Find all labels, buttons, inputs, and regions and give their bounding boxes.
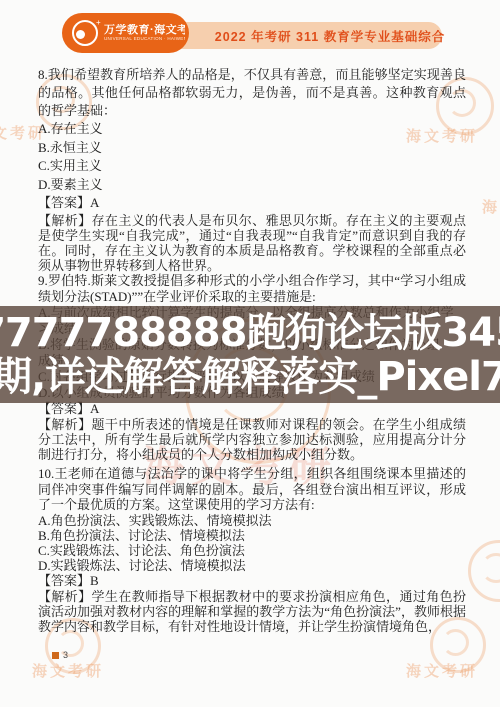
- globe-logo-icon: [72, 20, 98, 46]
- answer-line: 【答案】B: [38, 573, 466, 588]
- brand-subtitle: UNIVERSAL EDUCATION · HAIWEN TEST PREP: [104, 37, 185, 42]
- answer-line: 【答案】A: [38, 401, 466, 417]
- option-a: A.存在主义: [38, 120, 466, 139]
- page-number: 3: [63, 650, 68, 660]
- haiwen-watermark-text: 海文考研: [32, 660, 104, 681]
- brand-name: 万学教育·海文考研: [104, 24, 185, 36]
- question-stem: 10.王老师在道德与法治学的课中将学生分组，组织各组围绕课本里描述的同伴冲突事件…: [38, 466, 466, 513]
- brand-logo-pill: + 万学教育·海文考研 UNIVERSAL EDUCATION · HAIWEN…: [62, 13, 189, 53]
- question-block-8: 8.我们希望教育所培养人的品格是，不仅具有善意，而且能够坚定实现善良的品格。其他…: [38, 66, 466, 273]
- haiwen-watermark-text: 海文考研: [482, 196, 500, 217]
- watermark-banner: 7777788888跑狗论坛版345 期,详述解答解释落实_Pixel7: [0, 306, 500, 403]
- option-d: D.实践锻炼法、讨论法、情境模拟法: [38, 558, 466, 573]
- watermark-banner-line1: 7777788888跑狗论坛版345: [0, 311, 500, 355]
- option-b: B.永恒主义: [38, 139, 466, 158]
- question-block-10: 10.王老师在道德与法治学的课中将学生分组，组织各组围绕课本里描述的同伴冲突事件…: [38, 466, 466, 634]
- brand-text-block: 万学教育·海文考研 UNIVERSAL EDUCATION · HAIWEN T…: [104, 24, 185, 41]
- analysis-text: 【解析】存在主义的代表人是布贝尔、雅思贝尔斯。存在主义的主要观点是使学生实现“自…: [38, 213, 466, 274]
- exam-title: 2022 年考研 311 教育学专业基础综合: [177, 27, 445, 45]
- option-c: C.实践锻炼法、讨论法、角色扮演法: [38, 543, 466, 558]
- question-stem: 8.我们希望教育所培养人的品格是，不仅具有善意，而且能够坚定实现善良的品格。其他…: [38, 66, 466, 120]
- haiwen-logo-watermark-icon: [468, 540, 500, 602]
- option-d: D.要素主义: [38, 176, 466, 195]
- plus-mark-icon: +: [96, 18, 101, 27]
- page-number-square-icon: [52, 652, 59, 659]
- header: 2022 年考研 311 教育学专业基础综合 + 万学教育·海文考研 UNIVE…: [0, 0, 500, 60]
- exam-title-banner: 2022 年考研 311 教育学专业基础综合: [180, 22, 442, 49]
- analysis-text: 【解析】题干中所表述的情境是任课教师对课程的领会。在学生小组成绩分工法中，所有学…: [38, 417, 466, 462]
- option-a: A.角色扮演法、实践锻炼法、情境模拟法: [38, 513, 466, 528]
- option-b: B.角色扮演法、讨论法、情境模拟法: [38, 528, 466, 543]
- exam-page: 海文考研 海文考研 海文考研 海文考研 海文考研 海文考研 2022 年考研 3…: [0, 0, 500, 707]
- haiwen-watermark-text: 海文考研: [406, 660, 478, 681]
- analysis-text: 【解析】学生在教师指导下根据教材中的要求扮演相应角色，通过角色扮演活动加强对教材…: [38, 589, 466, 634]
- option-c: C.实用主义: [38, 157, 466, 176]
- question-stem: 9.罗伯特.斯莱文教授提倡多种形式的小学小组合作学习，其中“学习小组成绩划分法(…: [38, 273, 466, 305]
- answer-line: 【答案】A: [38, 194, 466, 213]
- watermark-banner-line2: 期,详述解答解释落实_Pixel7: [0, 355, 500, 399]
- page-number-marker: 3: [52, 650, 68, 660]
